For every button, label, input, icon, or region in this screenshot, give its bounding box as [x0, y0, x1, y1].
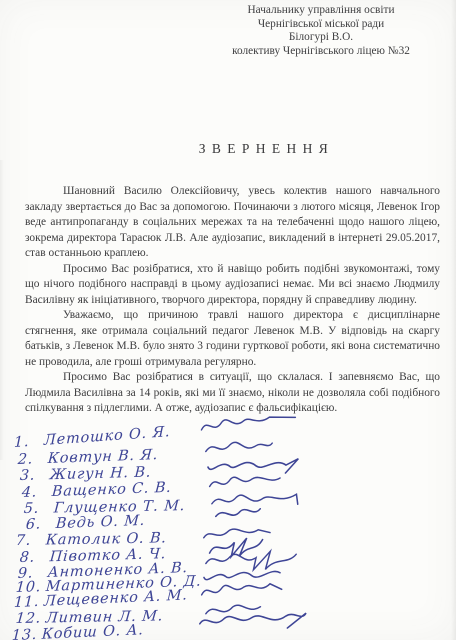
recipient-line: Начальнику управління освіти [196, 4, 446, 18]
scan-artifact [451, 0, 456, 640]
signature-number: 13. [11, 627, 36, 640]
signature-scribble-icon [199, 577, 285, 603]
scan-artifact [0, 160, 4, 460]
recipient-line: колективу Чернігівського ліцею №32 [196, 45, 446, 59]
signature-name: Кобиш О. А. [41, 620, 192, 640]
scanned-letter-page: Начальнику управління освіти Чернігівськ… [0, 0, 456, 640]
paragraph: Шановний Василю Олексійовичу, увесь коле… [25, 184, 440, 262]
recipient-line: Білогурі В.О. [196, 31, 446, 45]
letter-body: Шановний Василю Олексійовичу, увесь коле… [25, 184, 440, 417]
paragraph: Просимо Вас розібратися в ситуації, що с… [25, 370, 440, 417]
signature-scribble-icon [197, 607, 308, 636]
page-title: З В Е Р Н Е Н Н Я [72, 141, 456, 157]
recipient-line: Чернігівської міської ради [196, 18, 446, 32]
recipient-block: Начальнику управління освіти Чернігівськ… [196, 4, 446, 58]
paragraph: Уважаємо, що причиною травлі нашого дире… [25, 308, 440, 370]
signature-list: 1. Летошко О. Я. 2. Ковтун В. Я. 3. Жигу… [12, 431, 442, 636]
paragraph: Просимо Вас розібратися, хто й навіщо ро… [25, 262, 440, 309]
